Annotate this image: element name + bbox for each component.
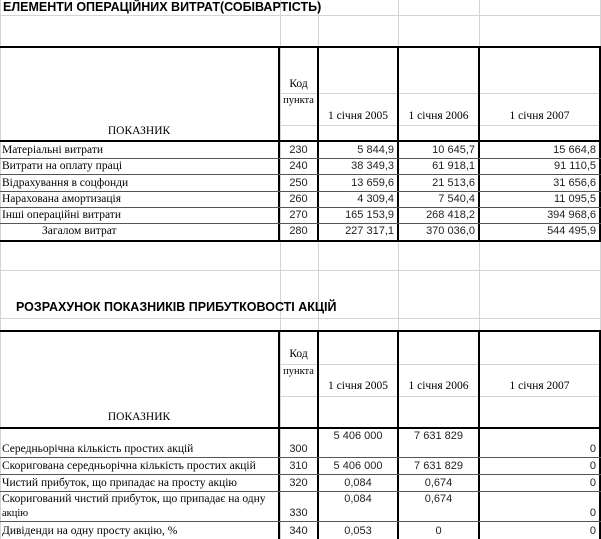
value-2006: 0,674 (399, 492, 478, 507)
row-label: Загалом витрат (40, 223, 278, 239)
header-code-line2: пункта (279, 366, 318, 381)
value-2007: 91 110,5 (480, 158, 599, 174)
value-2006: 7 540,4 (399, 191, 478, 207)
value-2006: 21 513,6 (399, 175, 478, 191)
value-2005: 0,084 (319, 492, 397, 507)
table-border (0, 46, 601, 48)
row-code: 230 (280, 142, 317, 158)
value-2005: 4 309,4 (319, 191, 397, 207)
section2-title: РОЗРАХУНОК ПОКАЗНИКІВ ПРИБУТКОВОСТІ АКЦІ… (16, 300, 337, 314)
row-label-line2: акцію (0, 506, 278, 521)
value-2007: 11 095,5 (480, 191, 599, 207)
row-label: Скоригований чистий прибуток, що припада… (0, 492, 278, 507)
value-2007: 15 664,8 (480, 142, 599, 158)
gridline (280, 364, 601, 365)
header-col-2005: 1 січня 2005 (319, 380, 397, 395)
gridline (280, 93, 601, 94)
header-col-2006: 1 січня 2006 (399, 380, 478, 395)
table-border (0, 240, 601, 242)
value-2006: 7 631 829 (399, 459, 478, 474)
gridline (280, 125, 601, 126)
row-code: 340 (280, 524, 317, 539)
gridline (0, 270, 601, 271)
value-2005: 227 317,1 (319, 223, 397, 239)
row-code: 240 (280, 158, 317, 174)
row-label: Середньорічна кількість простих акцій (0, 442, 278, 457)
header-code: Код (280, 78, 317, 93)
value-2006: 0 (399, 524, 478, 539)
value-2005: 0,053 (319, 524, 397, 539)
row-code: 270 (280, 207, 317, 223)
value-2006: 61 918,1 (399, 158, 478, 174)
value-2005: 5 844,9 (319, 142, 397, 158)
row-code: 320 (280, 476, 317, 491)
value-2007: 0 (480, 524, 599, 539)
header-code: Код (280, 348, 317, 363)
value-2005: 5 406 000 (319, 459, 397, 474)
value-2006: 7 631 829 (399, 429, 478, 444)
row-label: Інші операційні витрати (0, 207, 278, 223)
table-border (0, 330, 601, 332)
value-2005: 165 153,9 (319, 207, 397, 223)
header-indicator: ПОКАЗНИК (0, 411, 278, 426)
value-2005: 0,084 (319, 476, 397, 491)
header-code-line2: пункта (279, 95, 318, 110)
value-2006: 370 036,0 (399, 223, 478, 239)
value-2007: 0 (480, 506, 599, 521)
row-code: 280 (280, 223, 317, 239)
header-col-2007: 1 січня 2007 (480, 380, 599, 395)
value-2006: 0,674 (399, 476, 478, 491)
gridline (280, 396, 601, 397)
section1-title: ЕЛЕМЕНТИ ОПЕРАЦІЙНИХ ВИТРАТ(СОБІВАРТІСТЬ… (3, 0, 321, 14)
value-2007: 394 968,6 (480, 207, 599, 223)
row-code: 310 (280, 459, 317, 474)
row-label: Матеріальні витрати (0, 142, 278, 158)
value-2005: 13 659,6 (319, 175, 397, 191)
value-2007: 0 (480, 442, 599, 457)
row-code: 250 (280, 175, 317, 191)
row-code: 330 (280, 506, 317, 521)
gridline (0, 15, 601, 16)
row-label: Витрати на оплату праці (0, 158, 278, 174)
row-code: 300 (280, 442, 317, 457)
value-2007: 0 (480, 476, 599, 491)
row-label: Відрахування в соцфонди (0, 175, 278, 191)
header-indicator: ПОКАЗНИК (0, 125, 278, 140)
gridline (0, 318, 601, 319)
value-2007: 31 656,6 (480, 175, 599, 191)
value-2005: 5 406 000 (319, 429, 397, 444)
value-2005: 38 349,3 (319, 158, 397, 174)
header-col-2005: 1 січня 2005 (319, 110, 397, 125)
row-code: 260 (280, 191, 317, 207)
row-label: Дивіденди на одну просту акцію, % (0, 524, 278, 539)
row-label: Чистий прибуток, що припадає на просту а… (0, 476, 278, 491)
row-label: Скоригована середньорічна кількість прос… (0, 459, 278, 474)
value-2007: 544 495,9 (480, 223, 599, 239)
value-2006: 10 645,7 (399, 142, 478, 158)
value-2007: 0 (480, 459, 599, 474)
header-col-2006: 1 січня 2006 (399, 110, 478, 125)
value-2006: 268 418,2 (399, 207, 478, 223)
row-label: Нарахована амортизація (0, 191, 278, 207)
header-col-2007: 1 січня 2007 (480, 110, 599, 125)
